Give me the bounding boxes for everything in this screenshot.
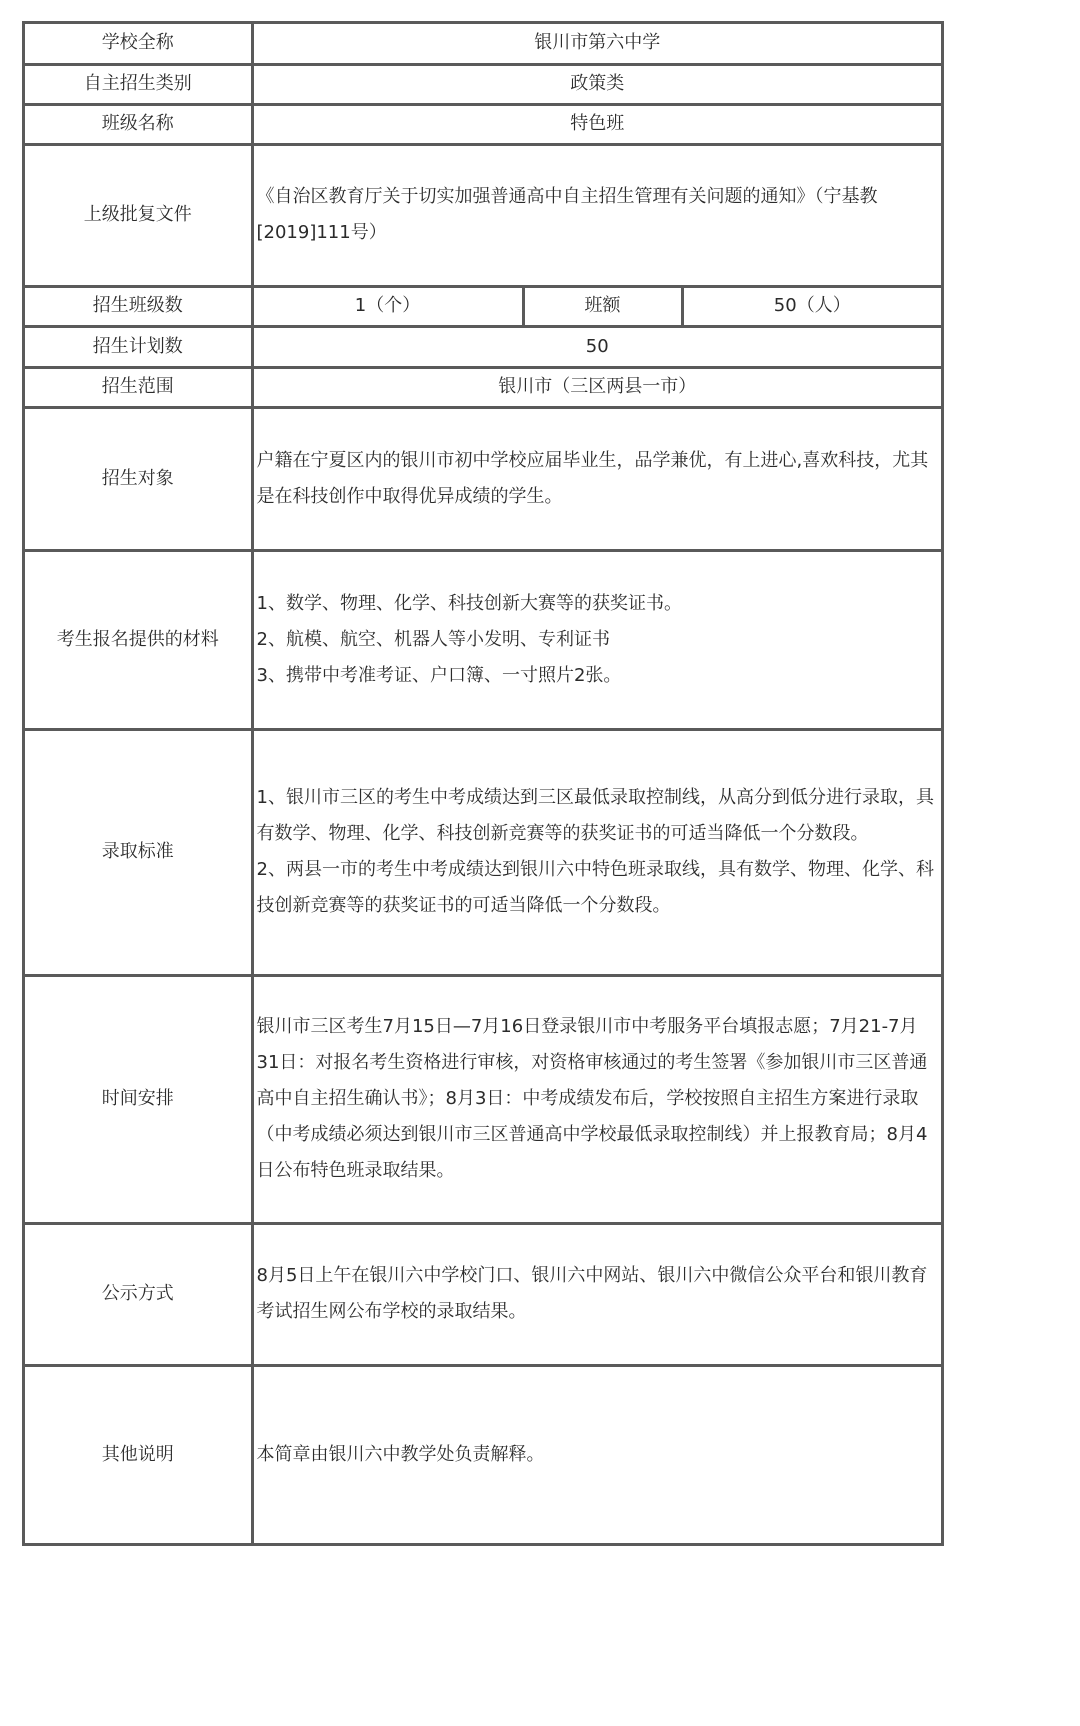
school-name-label: 学校全称 [25,24,252,64]
row-plan-count: 招生计划数 50 [25,326,941,367]
materials-item: 2、航模、航空、机器人等小发明、专利证书 [257,622,938,658]
materials-label: 考生报名提供的材料 [25,550,252,729]
materials-item: 1、数学、物理、化学、科技创新大赛等的获奖证书。 [257,586,938,622]
row-class-name: 班级名称 特色班 [25,104,941,144]
row-other-notes: 其他说明 本简章由银川六中教学处负责解释。 [25,1365,941,1543]
row-category: 自主招生类别 政策类 [25,64,941,104]
criteria-item: 1、银川市三区的考生中考成绩达到三区最低录取控制线，从高分到低分进行录取，具有数… [257,780,938,852]
publicity-value: 8月5日上午在银川六中学校门口、银川六中网站、银川六中微信公众平台和银川教育考试… [252,1223,941,1365]
row-target: 招生对象 户籍在宁夏区内的银川市初中学校应届毕业生，品学兼优，有上进心,喜欢科技… [25,407,941,550]
class-count-value: 1（个） [252,286,523,326]
row-school-name: 学校全称 银川市第六中学 [25,24,941,64]
other-notes-value: 本简章由银川六中教学处负责解释。 [252,1365,941,1543]
approval-doc-label: 上级批复文件 [25,144,252,286]
approval-doc-value: 《自治区教育厅关于切实加强普通高中自主招生管理有关问题的通知》（宁基教[2019… [252,144,941,286]
materials-list: 1、数学、物理、化学、科技创新大赛等的获奖证书。 2、航模、航空、机器人等小发明… [252,550,941,729]
scope-value: 银川市（三区两县一市） [252,367,941,407]
admission-criteria-label: 录取标准 [25,729,252,975]
materials-item: 3、携带中考准考证、户口簿、一寸照片2张。 [257,658,938,694]
school-name-value: 银川市第六中学 [252,24,941,64]
plan-count-value: 50 [252,326,941,367]
class-name-value: 特色班 [252,104,941,144]
row-admission-criteria: 录取标准 1、银川市三区的考生中考成绩达到三区最低录取控制线，从高分到低分进行录… [25,729,941,975]
plan-count-label: 招生计划数 [25,326,252,367]
schedule-value: 银川市三区考生7月15日—7月16日登录银川市中考服务平台填报志愿；7月21-7… [252,975,941,1223]
target-value: 户籍在宁夏区内的银川市初中学校应届毕业生，品学兼优，有上进心,喜欢科技，尤其是在… [252,407,941,550]
other-notes-label: 其他说明 [25,1365,252,1543]
scope-label: 招生范围 [25,367,252,407]
row-materials: 考生报名提供的材料 1、数学、物理、化学、科技创新大赛等的获奖证书。 2、航模、… [25,550,941,729]
class-size-value: 50（人） [682,286,941,326]
category-value: 政策类 [252,64,941,104]
admission-criteria-list: 1、银川市三区的考生中考成绩达到三区最低录取控制线，从高分到低分进行录取，具有数… [252,729,941,975]
admission-info-table: 学校全称 银川市第六中学 自主招生类别 政策类 班级名称 特色班 上级批复文件 … [22,21,944,1546]
info-table: 学校全称 银川市第六中学 自主招生类别 政策类 班级名称 特色班 上级批复文件 … [25,24,941,1543]
category-label: 自主招生类别 [25,64,252,104]
criteria-item: 2、两县一市的考生中考成绩达到银川六中特色班录取线，具有数学、物理、化学、科技创… [257,852,938,924]
class-name-label: 班级名称 [25,104,252,144]
publicity-label: 公示方式 [25,1223,252,1365]
row-class-count: 招生班级数 1（个） 班额 50（人） [25,286,941,326]
row-approval-doc: 上级批复文件 《自治区教育厅关于切实加强普通高中自主招生管理有关问题的通知》（宁… [25,144,941,286]
row-scope: 招生范围 银川市（三区两县一市） [25,367,941,407]
target-label: 招生对象 [25,407,252,550]
class-count-label: 招生班级数 [25,286,252,326]
schedule-label: 时间安排 [25,975,252,1223]
row-publicity: 公示方式 8月5日上午在银川六中学校门口、银川六中网站、银川六中微信公众平台和银… [25,1223,941,1365]
row-schedule: 时间安排 银川市三区考生7月15日—7月16日登录银川市中考服务平台填报志愿；7… [25,975,941,1223]
class-size-label: 班额 [523,286,682,326]
